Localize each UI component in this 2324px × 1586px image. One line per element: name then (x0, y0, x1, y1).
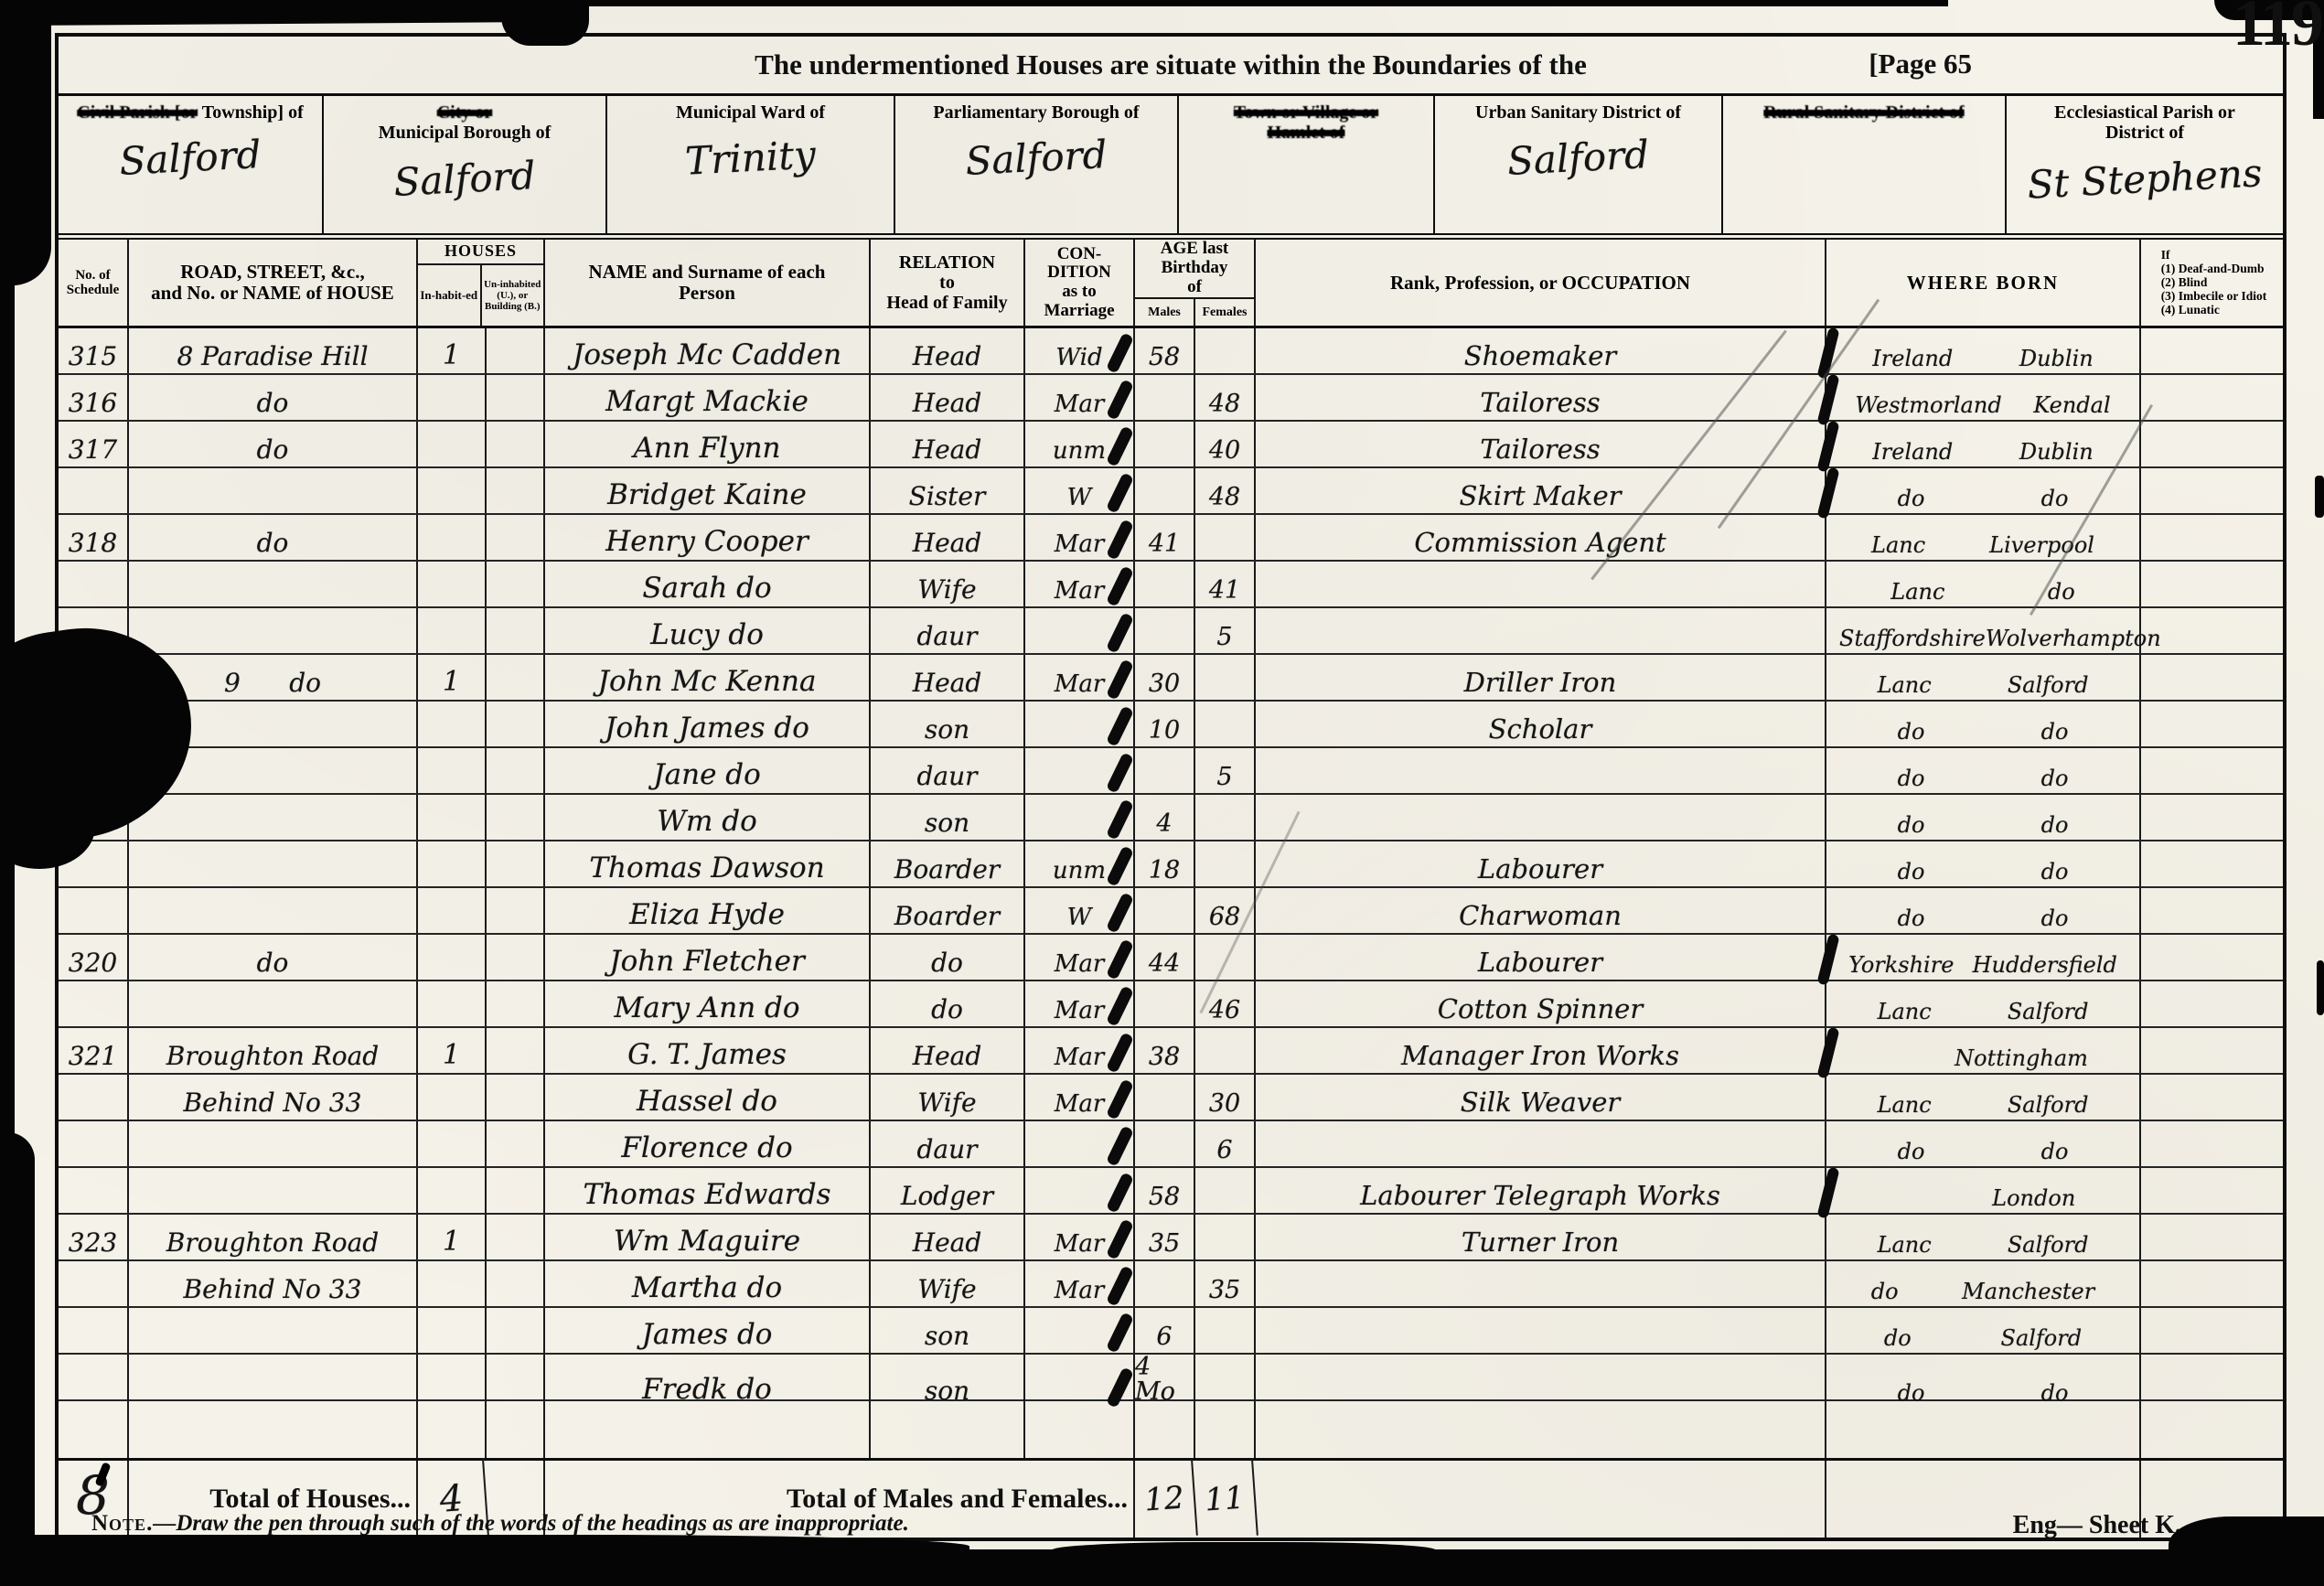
infirmity-cell (2141, 328, 2283, 373)
footer-note-label: Note. (91, 1511, 153, 1536)
where-born: LancSalford (1826, 655, 2141, 700)
enumerator-tally-mark (1106, 1218, 1134, 1259)
relation-to-head: daur (871, 1121, 1025, 1166)
marital-condition (1025, 795, 1135, 840)
where-born (1826, 1401, 2141, 1458)
schedule-number: 317 (59, 422, 129, 466)
enumerator-tally-mark (1106, 472, 1134, 513)
corner-number: 119 (2233, 0, 2322, 61)
born-town: Wolverhampton (1986, 627, 2161, 649)
col-condition: CON- DITION as to Marriage (1025, 240, 1135, 327)
houses-uninhabited (487, 702, 545, 746)
census-row: Behind No 33 Martha do Wife Mar 35 doMan… (59, 1261, 2283, 1308)
born-county: do (1898, 721, 1925, 743)
relation-to-head: Sister (871, 468, 1025, 513)
occupation (1256, 1355, 1826, 1408)
age-male: 58 (1135, 328, 1195, 373)
houses-uninhabited (487, 748, 545, 793)
where-born: dodo (1826, 795, 2141, 840)
ecclesiastical-parish-value: St Stephens (2006, 149, 2284, 209)
born-county: Lanc (1878, 1001, 1932, 1023)
schedule-number: 316 (59, 375, 129, 420)
census-row: Bridget Kaine Sister W 48 Skirt Maker do… (59, 468, 2283, 515)
houses-uninhabited (487, 422, 545, 466)
infirmity-cell (2141, 515, 2283, 560)
age-female: 68 (1195, 888, 1256, 933)
relation-to-head: Boarder (871, 841, 1025, 886)
relation-to-head: Head (871, 328, 1025, 373)
person-name: Hassel do (545, 1075, 871, 1120)
person-name: Thomas Edwards (545, 1168, 871, 1213)
relation-to-head: Head (871, 515, 1025, 560)
age-female (1195, 515, 1256, 560)
where-born: LancSalford (1826, 1075, 2141, 1120)
born-county: do (1898, 861, 1925, 883)
census-row: Mary Ann do do Mar 46 Cotton Spinner Lan… (59, 981, 2283, 1028)
marital-condition: Mar (1025, 981, 1135, 1026)
form-title: The undermentioned Houses are situate wi… (755, 48, 1587, 81)
census-row: Jane do daur 5 dodo (59, 748, 2283, 795)
born-town: Nottingham (1955, 1047, 2088, 1069)
field-municipal-ward: Municipal Ward of Trinity (607, 96, 895, 233)
age-male (1135, 1075, 1195, 1120)
census-row: 320 do John Fletcher do Mar 44 Labourer … (59, 935, 2283, 981)
road-street: Behind No 33 (129, 1075, 418, 1120)
relation-to-head: daur (871, 608, 1025, 653)
age-male: 4 (1135, 795, 1195, 840)
marital-condition: Mar (1025, 935, 1135, 980)
condition-text: Mar (1055, 579, 1105, 603)
municipal-ward-value: Trinity (606, 128, 894, 188)
road-street (129, 1308, 418, 1353)
census-row: James do son 6 doSalford (59, 1308, 2283, 1355)
relation-to-head: Lodger (871, 1168, 1025, 1213)
person-name: Joseph Mc Cadden (545, 328, 871, 373)
marital-condition: Mar (1025, 655, 1135, 700)
col-name: NAME and Surname of each Person (545, 240, 871, 327)
locality-header-row: Civil Parish [or Township] of Salford Ci… (59, 96, 2283, 240)
houses-inhabited (418, 935, 487, 980)
houses-uninhabited (487, 562, 545, 606)
col-schedule: No. of Schedule (59, 240, 129, 327)
born-county: do (1871, 1281, 1899, 1302)
houses-uninhabited (487, 468, 545, 513)
age-male: 30 (1135, 655, 1195, 700)
age-male (1135, 888, 1195, 933)
houses-uninhabited (487, 1261, 545, 1306)
col-inhabited: In-habit-ed (418, 265, 482, 327)
condition-text: Mar (1055, 1232, 1105, 1256)
condition-text: Mar (1055, 1092, 1105, 1116)
occupation: Cotton Spinner (1256, 981, 1826, 1026)
condition-text: Wid (1055, 346, 1102, 370)
condition-text: Mar (1055, 1279, 1105, 1302)
torn-edge-top (0, 0, 585, 26)
age-female: 5 (1195, 608, 1256, 653)
census-row: John James do son 10 Scholar dodo (59, 702, 2283, 748)
col-females: Females (1195, 299, 1254, 327)
occupation (1256, 1261, 1826, 1306)
enumerator-tally-mark (1106, 659, 1134, 700)
age-female: 48 (1195, 468, 1256, 513)
born-town: Dublin (2019, 441, 2094, 463)
enumerator-tally-mark (1106, 985, 1134, 1026)
field-town-village: Town or Village or Hamlet of (1179, 96, 1435, 233)
occupation: Labourer Telegraph Works (1256, 1168, 1826, 1213)
where-born: dodo (1826, 841, 2141, 886)
born-county: Ireland (1872, 441, 1953, 463)
houses-inhabited (418, 1261, 487, 1306)
born-town: London (1992, 1187, 2075, 1209)
houses-uninhabited (487, 888, 545, 933)
born-county: Ireland (1872, 348, 1953, 370)
marital-condition: Wid (1025, 328, 1135, 373)
person-name: Florence do (545, 1121, 871, 1166)
person-name: John James do (545, 702, 871, 746)
born-town: do (2041, 721, 2069, 743)
infirmity-cell (2141, 562, 2283, 606)
schedule-number (59, 562, 129, 606)
born-county: do (1898, 814, 1925, 836)
born-county: Lanc (1871, 534, 1925, 556)
heading-text: Parliamentary Borough of (933, 102, 1139, 123)
houses-uninhabited (487, 1121, 545, 1166)
infirmity-cell (2141, 702, 2283, 746)
age-female (1195, 841, 1256, 886)
heading-text: Ecclesiastical Parish or District of (2054, 102, 2235, 143)
schedule-number (59, 1075, 129, 1120)
infirmity-cell (2141, 841, 2283, 886)
census-row: Thomas Edwards Lodger 58 Labourer Telegr… (59, 1168, 2283, 1215)
civil-parish-value: Salford (58, 129, 323, 188)
houses-inhabited (418, 795, 487, 840)
relation-to-head: daur (871, 748, 1025, 793)
born-town: do (2041, 907, 2069, 929)
road-street: do (129, 515, 418, 560)
person-name: Bridget Kaine (545, 468, 871, 513)
born-county: do (1898, 1141, 1925, 1163)
person-name: Wm Maguire (545, 1215, 871, 1259)
infirmity-cell (2141, 1401, 2283, 1458)
age-female (1195, 655, 1256, 700)
age-male: 41 (1135, 515, 1195, 560)
houses-inhabited (418, 422, 487, 466)
marital-condition: W (1025, 888, 1135, 933)
marital-condition: Mar (1025, 375, 1135, 420)
born-county: Yorkshire (1848, 954, 1954, 976)
marital-condition: Mar (1025, 1028, 1135, 1073)
field-civil-parish: Civil Parish [or Township] of Salford (59, 96, 324, 233)
condition-text: Mar (1055, 392, 1105, 416)
relation-to-head: son (871, 795, 1025, 840)
born-county: Lanc (1890, 581, 1944, 603)
relation-to-head: son (871, 1308, 1025, 1353)
road-street (129, 608, 418, 653)
person-name: Mary Ann do (545, 981, 871, 1026)
born-town: Manchester (1962, 1281, 2094, 1302)
census-row: 316 do Margt Mackie Head Mar 48 Tailores… (59, 375, 2283, 422)
houses-uninhabited (487, 1355, 545, 1408)
where-born: dodo (1826, 748, 2141, 793)
born-town: do (2048, 581, 2075, 603)
struck-heading: City or (437, 102, 493, 123)
occupation (1256, 1401, 1826, 1458)
road-street: Broughton Road (129, 1028, 418, 1073)
occupation (1256, 748, 1826, 793)
occupation: Silk Weaver (1256, 1075, 1826, 1120)
field-urban-sanitary: Urban Sanitary District of Salford (1435, 96, 1723, 233)
age-male: 4 Mo (1135, 1355, 1195, 1408)
age-female (1195, 1401, 1256, 1458)
col-relation: RELATION to Head of Family (871, 240, 1025, 327)
born-county: Westmorland (1855, 394, 2001, 416)
age-female: 6 (1195, 1121, 1256, 1166)
where-born: doSalford (1826, 1308, 2141, 1353)
age-male: 6 (1135, 1308, 1195, 1353)
census-row: Wm do son 4 dodo (59, 795, 2283, 841)
marital-condition: Mar (1025, 1215, 1135, 1259)
born-county: Lanc (1878, 674, 1932, 696)
person-name: Martha do (545, 1261, 871, 1306)
infirmity-cell (2141, 1121, 2283, 1166)
census-rows: 315 8 Paradise Hill 1 Joseph Mc Cadden H… (59, 328, 2283, 1458)
age-female: 35 (1195, 1261, 1256, 1306)
houses-uninhabited (487, 608, 545, 653)
houses-uninhabited (487, 935, 545, 980)
houses-inhabited (418, 888, 487, 933)
infirmity-cell (2141, 1075, 2283, 1120)
census-row: Florence do daur 6 dodo (59, 1121, 2283, 1168)
infirmity-cell (2141, 1355, 2283, 1408)
relation-to-head: Head (871, 422, 1025, 466)
heading-text: Urban Sanitary District of (1475, 102, 1681, 123)
relation-to-head: Head (871, 1028, 1025, 1073)
infirmity-cell (2141, 1261, 2283, 1306)
age-female (1195, 328, 1256, 373)
census-row: Eliza Hyde Boarder W 68 Charwoman dodo (59, 888, 2283, 935)
road-street (129, 1401, 418, 1458)
marital-condition: unm (1025, 422, 1135, 466)
field-rural-sanitary: Rural Sanitary District of (1723, 96, 2007, 233)
infirmity-cell (2141, 1028, 2283, 1073)
houses-inhabited (418, 1355, 487, 1408)
enumerator-tally-mark (1106, 332, 1134, 373)
houses-inhabited (418, 1121, 487, 1166)
age-male (1135, 1121, 1195, 1166)
infirmity-cell (2141, 888, 2283, 933)
marital-condition: Mar (1025, 562, 1135, 606)
houses-inhabited (418, 981, 487, 1026)
field-parliamentary-borough: Parliamentary Borough of Salford (895, 96, 1179, 233)
col-where-born: WHERE BORN (1826, 240, 2141, 327)
relation-to-head: do (871, 981, 1025, 1026)
occupation (1256, 562, 1826, 606)
born-county: do (1898, 907, 1925, 929)
col-age: AGE last Birthday of (1135, 240, 1254, 297)
schedule-number (59, 981, 129, 1026)
where-born: IrelandDublin (1826, 422, 2141, 466)
struck-heading: Civil Parish [or (77, 102, 198, 123)
census-form: The undermentioned Houses are situate wi… (55, 33, 2287, 1541)
born-town: Salford (2008, 1234, 2089, 1256)
enumerator-tally-mark (1106, 565, 1134, 606)
infirmity-cell (2141, 795, 2283, 840)
age-male: 38 (1135, 1028, 1195, 1073)
born-county: do (1884, 1327, 1912, 1349)
occupation: Charwoman (1256, 888, 1826, 933)
census-row: 318 do Henry Cooper Head Mar 41 Commissi… (59, 515, 2283, 562)
houses-inhabited (418, 608, 487, 653)
enumerator-tally-mark (1106, 1032, 1134, 1073)
age-male (1135, 608, 1195, 653)
where-born: IrelandDublin (1826, 328, 2141, 373)
houses-inhabited (418, 1168, 487, 1213)
parliamentary-borough-value: Salford (894, 128, 1178, 188)
age-female (1195, 1215, 1256, 1259)
infirmity-cell (2141, 422, 2283, 466)
condition-text: Mar (1055, 1045, 1105, 1069)
age-male (1135, 1401, 1195, 1458)
enumerator-tally-mark (1106, 1078, 1134, 1120)
infirmity-cell (2141, 1308, 2283, 1353)
infirmity-cell (2141, 655, 2283, 700)
marital-condition: Mar (1025, 1075, 1135, 1120)
field-municipal-borough: City or Municipal Borough of Salford (324, 96, 607, 233)
occupation (1256, 1308, 1826, 1353)
age-female: 41 (1195, 562, 1256, 606)
houses-uninhabited (487, 375, 545, 420)
where-born: LancSalford (1826, 981, 2141, 1026)
condition-text: W (1067, 906, 1092, 929)
enumerator-tally-mark (1106, 425, 1134, 466)
col-houses-group: HOUSES In-habit-ed Un-inhabited (U.), or… (418, 240, 545, 327)
struck-heading: Town or Village or Hamlet of (1234, 102, 1378, 143)
census-row (59, 1401, 2283, 1458)
col-males: Males (1135, 299, 1195, 327)
infirmity-cell (2141, 748, 2283, 793)
road-street (129, 888, 418, 933)
occupation: Tailoress (1256, 375, 1826, 420)
scan-edge-top-line (549, 0, 1948, 6)
born-town: do (2041, 488, 2069, 509)
born-town: Kendal (2033, 394, 2110, 416)
age-female: 5 (1195, 748, 1256, 793)
census-row: 319 9 do 1 John Mc Kenna Head Mar 30 Dri… (59, 655, 2283, 702)
age-male: 10 (1135, 702, 1195, 746)
born-town: do (2041, 1141, 2069, 1163)
col-infirmities: If (1) Deaf-and-Dumb (2) Blind (3) Imbec… (2141, 240, 2283, 327)
scan-speck (2315, 476, 2324, 518)
age-female: 48 (1195, 375, 1256, 420)
houses-inhabited (418, 375, 487, 420)
occupation: Commission Agent (1256, 515, 1826, 560)
enumerator-tally-mark (1106, 612, 1134, 653)
road-street (129, 1355, 418, 1408)
relation-to-head: Boarder (871, 888, 1025, 933)
infirmity-cell (2141, 468, 2283, 513)
person-name: Wm do (545, 795, 871, 840)
marital-condition (1025, 1168, 1135, 1213)
person-name: Henry Cooper (545, 515, 871, 560)
occupation: Driller Iron (1256, 655, 1826, 700)
occupation: Skirt Maker (1256, 468, 1826, 513)
age-male (1135, 1261, 1195, 1306)
houses-inhabited (418, 702, 487, 746)
torn-edge-left-top (0, 0, 51, 285)
born-town: do (2041, 814, 2069, 836)
occupation: Scholar (1256, 702, 1826, 746)
person-name: John Mc Kenna (545, 655, 871, 700)
marital-condition (1025, 608, 1135, 653)
occupation: Labourer (1256, 935, 1826, 980)
where-born: LancLiverpool (1826, 515, 2141, 560)
age-male: 44 (1135, 935, 1195, 980)
where-born: dodo (1826, 702, 2141, 746)
relation-to-head: Head (871, 655, 1025, 700)
infirmity-cell (2141, 375, 2283, 420)
field-ecclesiastical-parish: Ecclesiastical Parish or District of St … (2007, 96, 2283, 233)
urban-sanitary-value: Salford (1434, 128, 1722, 188)
rural-sanitary-value (1723, 128, 2005, 143)
relation-to-head: do (871, 935, 1025, 980)
houses-uninhabited (487, 1075, 545, 1120)
where-born: dodo (1826, 1121, 2141, 1166)
houses-inhabited (418, 748, 487, 793)
age-male (1135, 468, 1195, 513)
condition-text: unm (1053, 439, 1106, 463)
houses-uninhabited (487, 1028, 545, 1073)
houses-inhabited (418, 515, 487, 560)
marital-condition (1025, 1401, 1135, 1458)
condition-text: Mar (1055, 672, 1105, 696)
houses-uninhabited (487, 515, 545, 560)
road-street (129, 562, 418, 606)
scan-speck (2317, 960, 2324, 1015)
born-county: do (1898, 488, 1925, 509)
page-number-label: [Page 65 (1869, 48, 1972, 80)
struck-heading: Rural Sanitary District of (1763, 102, 1964, 123)
age-male: 35 (1135, 1215, 1195, 1259)
marital-condition: unm (1025, 841, 1135, 886)
occupation: Manager Iron Works (1256, 1028, 1826, 1073)
form-title-row: The undermentioned Houses are situate wi… (59, 37, 2283, 96)
condition-text: unm (1053, 859, 1106, 883)
municipal-borough-value: Salford (323, 149, 606, 209)
person-name: Ann Flynn (545, 422, 871, 466)
age-female (1195, 1028, 1256, 1073)
road-street: do (129, 375, 418, 420)
born-town: Salford (2008, 1001, 2089, 1023)
born-town: Liverpool (1989, 534, 2094, 556)
condition-text: Mar (1055, 952, 1105, 976)
heading-text: Municipal Borough of (379, 123, 552, 143)
infirmity-cell (2141, 935, 2283, 980)
born-town: Salford (2008, 674, 2089, 696)
condition-text: Mar (1055, 532, 1105, 556)
age-female: 40 (1195, 422, 1256, 466)
occupation: Turner Iron (1256, 1215, 1826, 1259)
relation-to-head: son (871, 702, 1025, 746)
schedule-number (59, 1355, 129, 1408)
census-row: Fredk do son 4 Mo dodo (59, 1355, 2283, 1401)
census-row: Behind No 33 Hassel do Wife Mar 30 Silk … (59, 1075, 2283, 1121)
houses-inhabited: 1 (418, 328, 487, 373)
heading-text: Municipal Ward of (676, 102, 825, 123)
sheet-label: Eng— Sheet K. (2013, 1511, 2181, 1540)
relation-to-head: Head (871, 375, 1025, 420)
road-street: do (129, 422, 418, 466)
torn-edge-bottom-left (0, 1535, 969, 1564)
